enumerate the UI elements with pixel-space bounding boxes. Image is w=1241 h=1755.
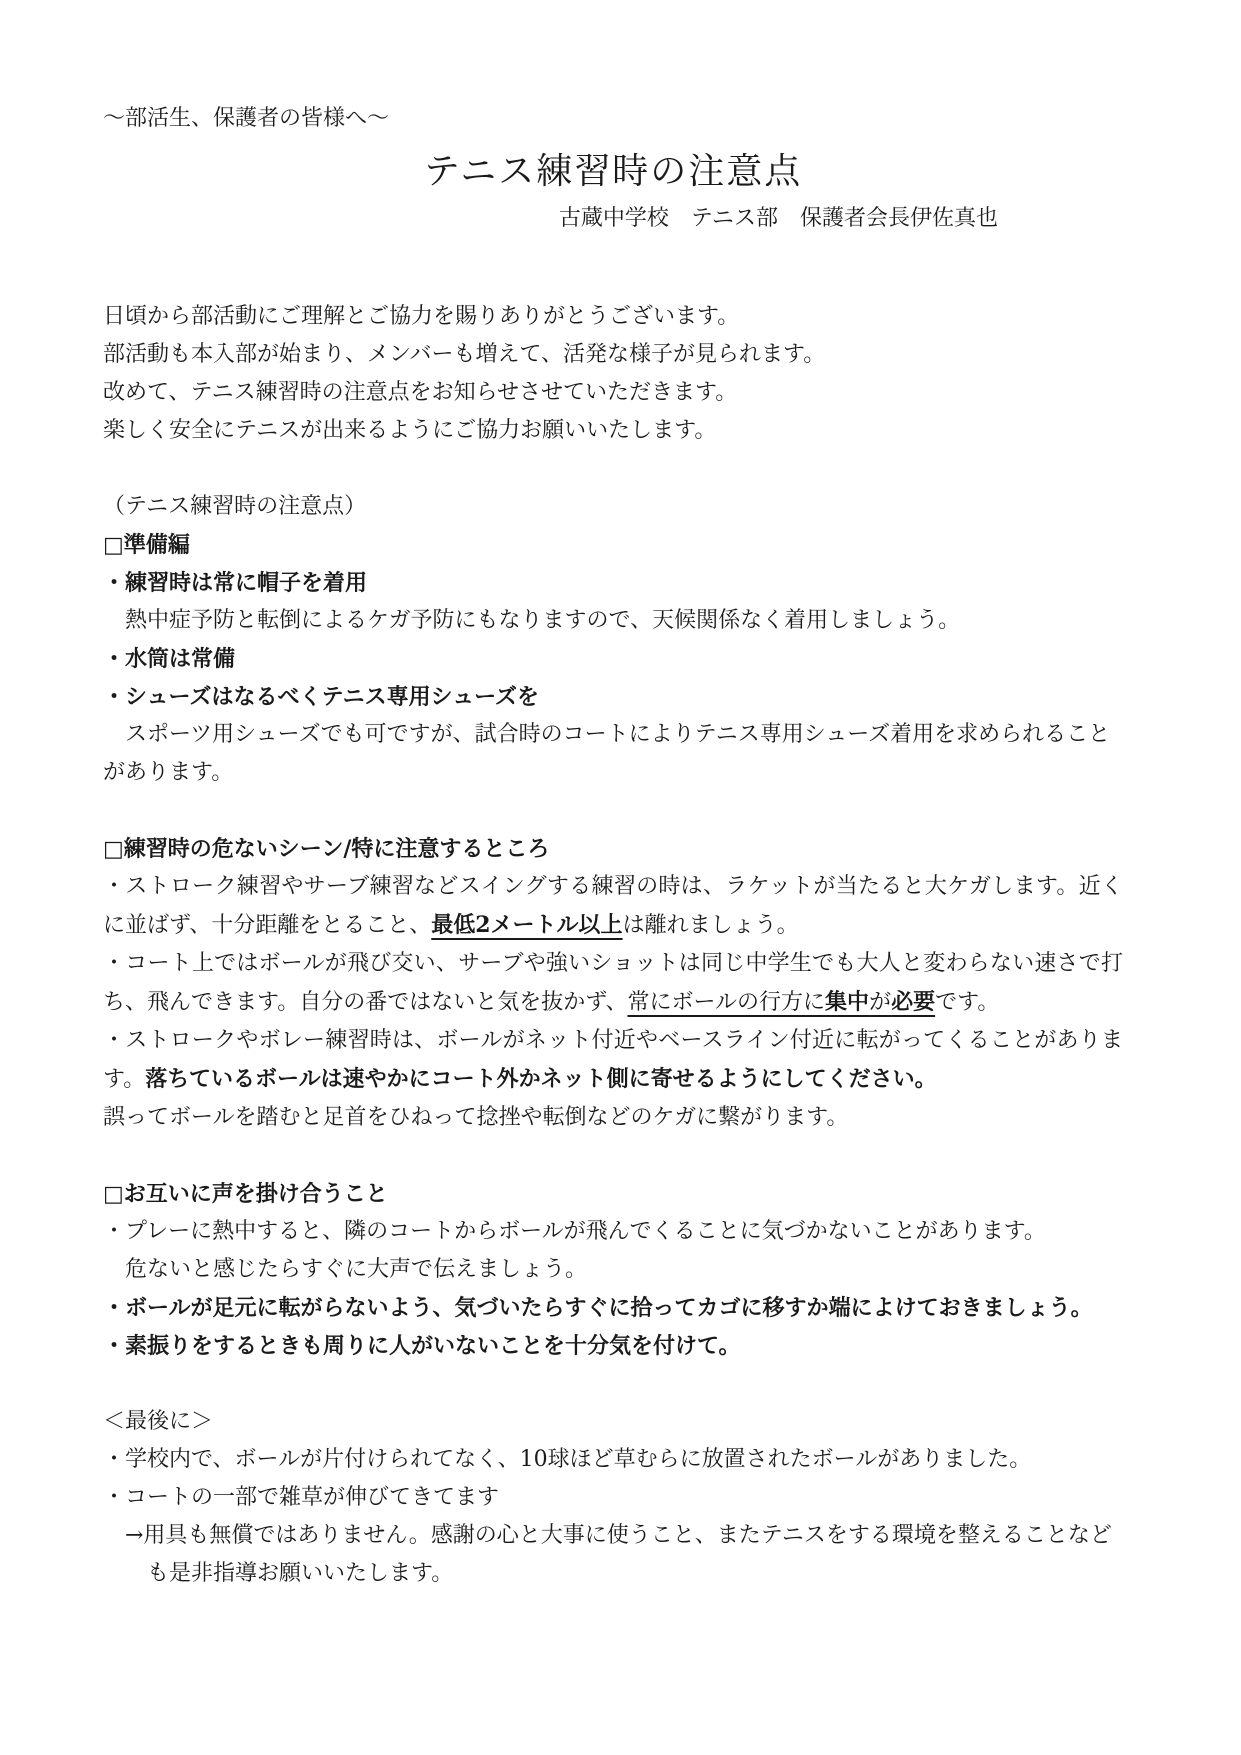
- section-call-out: □お互いに声を掛け合うこと ・プレーに熱中すると、隣のコートからボールが飛んでく…: [103, 1175, 1123, 1365]
- intro-line-4: 楽しく安全にテニスが出来るようにご協力お願いいたします。: [103, 412, 1123, 450]
- intro-line-1: 日頃から部活動にご理解とご協力を賜りありがとうございます。: [103, 298, 1123, 336]
- author-line: 古蔵中学校 テニス部 保護者会長伊佐真也: [103, 200, 1123, 238]
- danger-bullet-ball-speed-underlined: 常にボールの行方に集中が必要: [627, 990, 935, 1015]
- callout-bullet-practice-swing: ・素振りをするときも周りに人がいないことを十分気を付けて。: [103, 1327, 1123, 1365]
- intro-paragraph: 日頃から部活動にご理解とご協力を賜りありがとうございます。 部活動も本入部が始ま…: [103, 298, 1123, 450]
- section-danger-scenes: □練習時の危ないシーン/特に注意するところ ・ストローク練習やサーブ練習などスイ…: [103, 830, 1123, 1137]
- danger-bullet-swing-tail: は離れましょう。: [623, 913, 799, 938]
- underline-segment-2-bold: 集中: [825, 989, 869, 1015]
- prep-bullet-shoes-note-line-1: スポーツ用シューズでも可ですが、試合時のコートによりテニス専用シューズ着用を求め…: [103, 716, 1123, 754]
- section-call-out-heading: □お互いに声を掛け合うこと: [103, 1175, 1123, 1213]
- section-preparation-heading: □準備編: [103, 526, 1123, 564]
- intro-line-3: 改めて、テニス練習時の注意点をお知らせさせていただきます。: [103, 374, 1123, 412]
- prep-bullet-hat-note: 熱中症予防と転倒によるケガ予防にもなりますので、天候関係なく着用しましょう。: [103, 602, 1123, 640]
- callout-bullet-neighbor-court-note: 危ないと感じたらすぐに大声で伝えましょう。: [103, 1251, 1123, 1289]
- danger-bullet-ball-speed-tail: です。: [935, 990, 999, 1015]
- intro-line-2: 部活動も本入部が始まり、メンバーも増えて、活発な様子が見られます。: [103, 336, 1123, 374]
- page-title: テニス練習時の注意点: [103, 144, 1123, 200]
- closing-bullet-weeds: ・コートの一部で雑草が伸びてきてます: [103, 1479, 1123, 1517]
- prep-bullet-shoes: ・シューズはなるべくテニス専用シューズを: [103, 678, 1123, 716]
- greeting-line: ～部活生、保護者の皆様へ～: [103, 100, 1123, 138]
- closing-arrow-note-line-1: →用具も無償ではありません。感謝の心と大事に使うこと、またテニスをする環境を整え…: [103, 1517, 1123, 1555]
- section-closing-heading: ＜最後に＞: [103, 1403, 1123, 1441]
- closing-arrow-note-line-2: も是非指導お願いいたします。: [103, 1555, 1123, 1593]
- prep-bullet-shoes-note-line-2: があります。: [103, 754, 1123, 792]
- danger-bullet-rolling-ball-emphasis: 落ちているボールは速やかにコート外かネット側に寄せるようにしてください。: [145, 1066, 936, 1092]
- prep-bullet-hat: ・練習時は常に帽子を着用: [103, 564, 1123, 602]
- prep-bullet-bottle: ・水筒は常備: [103, 640, 1123, 678]
- danger-bullet-rolling-ball: ・ストロークやボレー練習時は、ボールがネット付近やベースライン付近に転がってくる…: [103, 1022, 1123, 1099]
- section-preparation: □準備編 ・練習時は常に帽子を着用 熱中症予防と転倒によるケガ予防にもなりますの…: [103, 526, 1123, 792]
- section-danger-heading: □練習時の危ないシーン/特に注意するところ: [103, 830, 1123, 868]
- note-label: （テニス練習時の注意点）: [103, 488, 1123, 526]
- danger-bullet-swing-emphasis: 最低2メートル以上: [431, 912, 622, 938]
- danger-note-sprain: 誤ってボールを踏むと足首をひねって捻挫や転倒などのケガに繋がります。: [103, 1099, 1123, 1137]
- underline-segment-4-bold: 必要: [891, 989, 935, 1015]
- callout-bullet-pickup: ・ボールが足元に転がらないよう、気づいたらすぐに拾ってカゴに移すか端によけておき…: [103, 1289, 1123, 1327]
- underline-segment-1: 常にボールの行方に: [627, 990, 825, 1015]
- section-closing: ＜最後に＞ ・学校内で、ボールが片付けられてなく、10球ほど草むらに放置されたボ…: [103, 1403, 1123, 1593]
- closing-bullet-left-balls: ・学校内で、ボールが片付けられてなく、10球ほど草むらに放置されたボールがありま…: [103, 1441, 1123, 1479]
- danger-bullet-ball-speed: ・コート上ではボールが飛び交い、サーブや強いショットは同じ中学生でも大人と変わら…: [103, 945, 1123, 1022]
- callout-bullet-neighbor-court: ・プレーに熱中すると、隣のコートからボールが飛んでくることに気づかないことがあり…: [103, 1213, 1123, 1251]
- underline-segment-3: が: [869, 990, 891, 1015]
- document-page: ～部活生、保護者の皆様へ～ テニス練習時の注意点 古蔵中学校 テニス部 保護者会…: [0, 0, 1241, 1755]
- danger-bullet-swing: ・ストローク練習やサーブ練習などスイングする練習の時は、ラケットが当たると大ケガ…: [103, 868, 1123, 945]
